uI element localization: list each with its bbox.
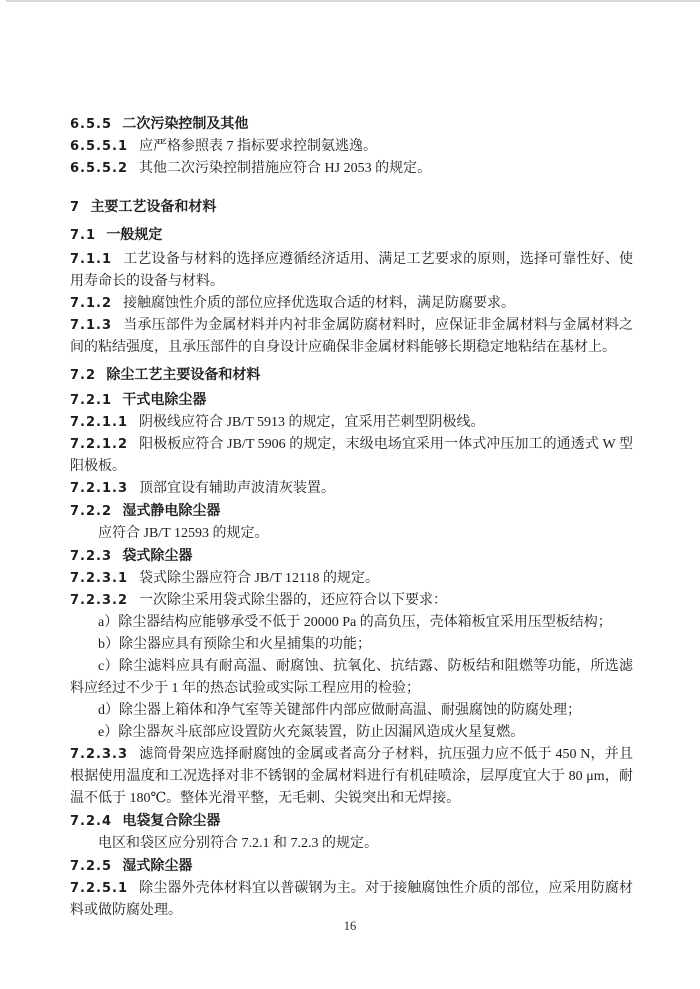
list-item-d: d）除尘器上箱体和净气室等关键部件内部应做耐高温、耐强腐蚀的防腐处理； — [70, 700, 633, 722]
clause-text: 其他二次污染控制措施应符合 HJ 2053 的规定。 — [139, 161, 431, 176]
heading-text: 湿式静电除尘器 — [122, 503, 220, 519]
clause-7-2-3-2: 7.2.3.2一次除尘采用袋式除尘器的，还应符合以下要求： — [70, 590, 633, 612]
list-item-b: b）除尘器应具有预除尘和火星捕集的功能； — [70, 634, 633, 656]
clause-text: 一次除尘采用袋式除尘器的，还应符合以下要求： — [139, 593, 447, 608]
heading-text: 二次污染控制及其他 — [122, 116, 248, 132]
clause-number: 7.2.5.1 — [70, 881, 128, 896]
list-item-text: d）除尘器上箱体和净气室等关键部件内部应做耐高温、耐强腐蚀的防腐处理； — [98, 703, 581, 718]
clause-7-2-3-1: 7.2.3.1袋式除尘器应符合 JB/T 12118 的规定。 — [70, 568, 633, 590]
clause-7-2-1-2: 7.2.1.2阳极板应符合 JB/T 5906 的规定，末级电场宜采用一体式冲压… — [70, 434, 633, 478]
document-content: 6.5.5二次污染控制及其他 6.5.5.1应严格参照表 7 指标要求控制氨逃逸… — [70, 113, 633, 922]
clause-number: 7.2.1.2 — [70, 437, 128, 452]
heading-7: 7主要工艺设备和材料 — [70, 196, 633, 219]
heading-7-2-4: 7.2.4电袋复合除尘器 — [70, 810, 633, 833]
clause-number: 6.5.5.2 — [70, 161, 128, 176]
clause-text: 当承压部件为金属材料并内衬非金属防腐材料时，应保证非金属材料与金属材料之间的粘结… — [70, 318, 633, 355]
clause-text: 除尘器外壳体材料宜以普碳钢为主。对于接触腐蚀性介质的部位，应采用防腐材料或做防腐… — [70, 881, 633, 918]
clause-text: 应严格参照表 7 指标要求控制氨逃逸。 — [139, 139, 377, 154]
heading-number: 7.2.3 — [70, 549, 112, 564]
clause-7-1-2: 7.1.2接触腐蚀性介质的部位应择优选取合适的材料，满足防腐要求。 — [70, 293, 633, 315]
clause-7-1-1: 7.1.1工艺设备与材料的选择应遵循经济适用、满足工艺要求的原则，选择可靠性好、… — [70, 249, 633, 293]
heading-number: 7.2.1 — [70, 393, 112, 408]
heading-text: 电袋复合除尘器 — [122, 813, 220, 829]
heading-7-2-3: 7.2.3袋式除尘器 — [70, 545, 633, 568]
clause-7-2-3-3: 7.2.3.3滤筒骨架应选择耐腐蚀的金属或者高分子材料，抗压强力应不低于 450… — [70, 744, 633, 810]
document-page: 6.5.5二次污染控制及其他 6.5.5.1应严格参照表 7 指标要求控制氨逃逸… — [0, 0, 700, 989]
clause-text: 工艺设备与材料的选择应遵循经济适用、满足工艺要求的原则，选择可靠性好、使用寿命长… — [70, 252, 633, 289]
clause-text: 滤筒骨架应选择耐腐蚀的金属或者高分子材料，抗压强力应不低于 450 N，并且根据… — [70, 747, 633, 806]
paragraph-7-2-4-body: 电区和袋区应分别符合 7.2.1 和 7.2.3 的规定。 — [70, 833, 633, 855]
list-item-text: a）除尘器结构应能够承受不低于 20000 Pa 的高负压，壳体箱板宜采用压型板… — [98, 615, 612, 630]
heading-text: 除尘工艺主要设备和材料 — [106, 367, 260, 383]
heading-6-5-5: 6.5.5二次污染控制及其他 — [70, 113, 633, 136]
clause-number: 7.2.3.1 — [70, 571, 128, 586]
heading-7-2-2: 7.2.2湿式静电除尘器 — [70, 500, 633, 523]
clause-text: 袋式除尘器应符合 JB/T 12118 的规定。 — [139, 571, 379, 586]
heading-number: 7.2.2 — [70, 504, 112, 519]
clause-7-2-1-1: 7.2.1.1阴极线应符合 JB/T 5913 的规定，宜采用芒刺型阴极线。 — [70, 412, 633, 434]
heading-number: 7.2 — [70, 368, 96, 383]
list-item-text: c）除尘滤料应具有耐高温、耐腐蚀、抗氧化、抗结露、防板结和阻燃等功能，所选滤料应… — [70, 659, 633, 696]
scan-edge-artifact — [6, 0, 700, 2]
clause-text: 阴极线应符合 JB/T 5913 的规定，宜采用芒刺型阴极线。 — [139, 415, 484, 430]
heading-7-2-1: 7.2.1干式电除尘器 — [70, 389, 633, 412]
heading-7-1: 7.1一般规定 — [70, 224, 633, 247]
paragraph-text: 电区和袋区应分别符合 7.2.1 和 7.2.3 的规定。 — [98, 836, 378, 851]
heading-7-2: 7.2除尘工艺主要设备和材料 — [70, 364, 633, 387]
list-item-text: e）除尘器灰斗底部应设置防火充氮装置，防止因漏风造成火星复燃。 — [98, 725, 524, 740]
clause-7-2-5-1: 7.2.5.1除尘器外壳体材料宜以普碳钢为主。对于接触腐蚀性介质的部位，应采用防… — [70, 878, 633, 922]
heading-number: 6.5.5 — [70, 117, 112, 132]
clause-text: 顶部宜设有辅助声波清灰装置。 — [139, 481, 335, 496]
page-number: 16 — [0, 919, 700, 934]
heading-number: 7.1 — [70, 228, 96, 243]
heading-text: 主要工艺设备和材料 — [90, 199, 216, 215]
list-item-c: c）除尘滤料应具有耐高温、耐腐蚀、抗氧化、抗结露、防板结和阻燃等功能，所选滤料应… — [70, 656, 633, 700]
paragraph-text: 应符合 JB/T 12593 的规定。 — [98, 526, 268, 541]
clause-number: 7.2.1.1 — [70, 415, 128, 430]
heading-text: 湿式除尘器 — [122, 858, 192, 874]
heading-number: 7.2.5 — [70, 859, 112, 874]
list-item-text: b）除尘器应具有预除尘和火星捕集的功能； — [98, 637, 371, 652]
clause-number: 7.1.3 — [70, 318, 112, 333]
clause-text: 接触腐蚀性介质的部位应择优选取合适的材料，满足防腐要求。 — [123, 296, 515, 311]
clause-number: 7.2.3.2 — [70, 593, 128, 608]
clause-number: 7.2.1.3 — [70, 481, 128, 496]
list-item-a: a）除尘器结构应能够承受不低于 20000 Pa 的高负压，壳体箱板宜采用压型板… — [70, 612, 633, 634]
heading-text: 袋式除尘器 — [122, 548, 192, 564]
clause-number: 6.5.5.1 — [70, 139, 128, 154]
clause-6-5-5-2: 6.5.5.2其他二次污染控制措施应符合 HJ 2053 的规定。 — [70, 158, 633, 180]
list-item-e: e）除尘器灰斗底部应设置防火充氮装置，防止因漏风造成火星复燃。 — [70, 722, 633, 744]
heading-number: 7.2.4 — [70, 814, 112, 829]
clause-number: 7.1.1 — [70, 252, 112, 267]
paragraph-7-2-2-body: 应符合 JB/T 12593 的规定。 — [70, 523, 633, 545]
clause-7-1-3: 7.1.3当承压部件为金属材料并内衬非金属防腐材料时，应保证非金属材料与金属材料… — [70, 315, 633, 359]
heading-text: 干式电除尘器 — [122, 392, 206, 408]
clause-number: 7.1.2 — [70, 296, 112, 311]
clause-6-5-5-1: 6.5.5.1应严格参照表 7 指标要求控制氨逃逸。 — [70, 136, 633, 158]
clause-text: 阳极板应符合 JB/T 5906 的规定，末级电场宜采用一体式冲压加工的通透式 … — [70, 437, 633, 474]
heading-text: 一般规定 — [106, 227, 162, 243]
heading-7-2-5: 7.2.5湿式除尘器 — [70, 855, 633, 878]
clause-number: 7.2.3.3 — [70, 747, 128, 762]
heading-number: 7 — [70, 200, 80, 215]
clause-7-2-1-3: 7.2.1.3顶部宜设有辅助声波清灰装置。 — [70, 478, 633, 500]
